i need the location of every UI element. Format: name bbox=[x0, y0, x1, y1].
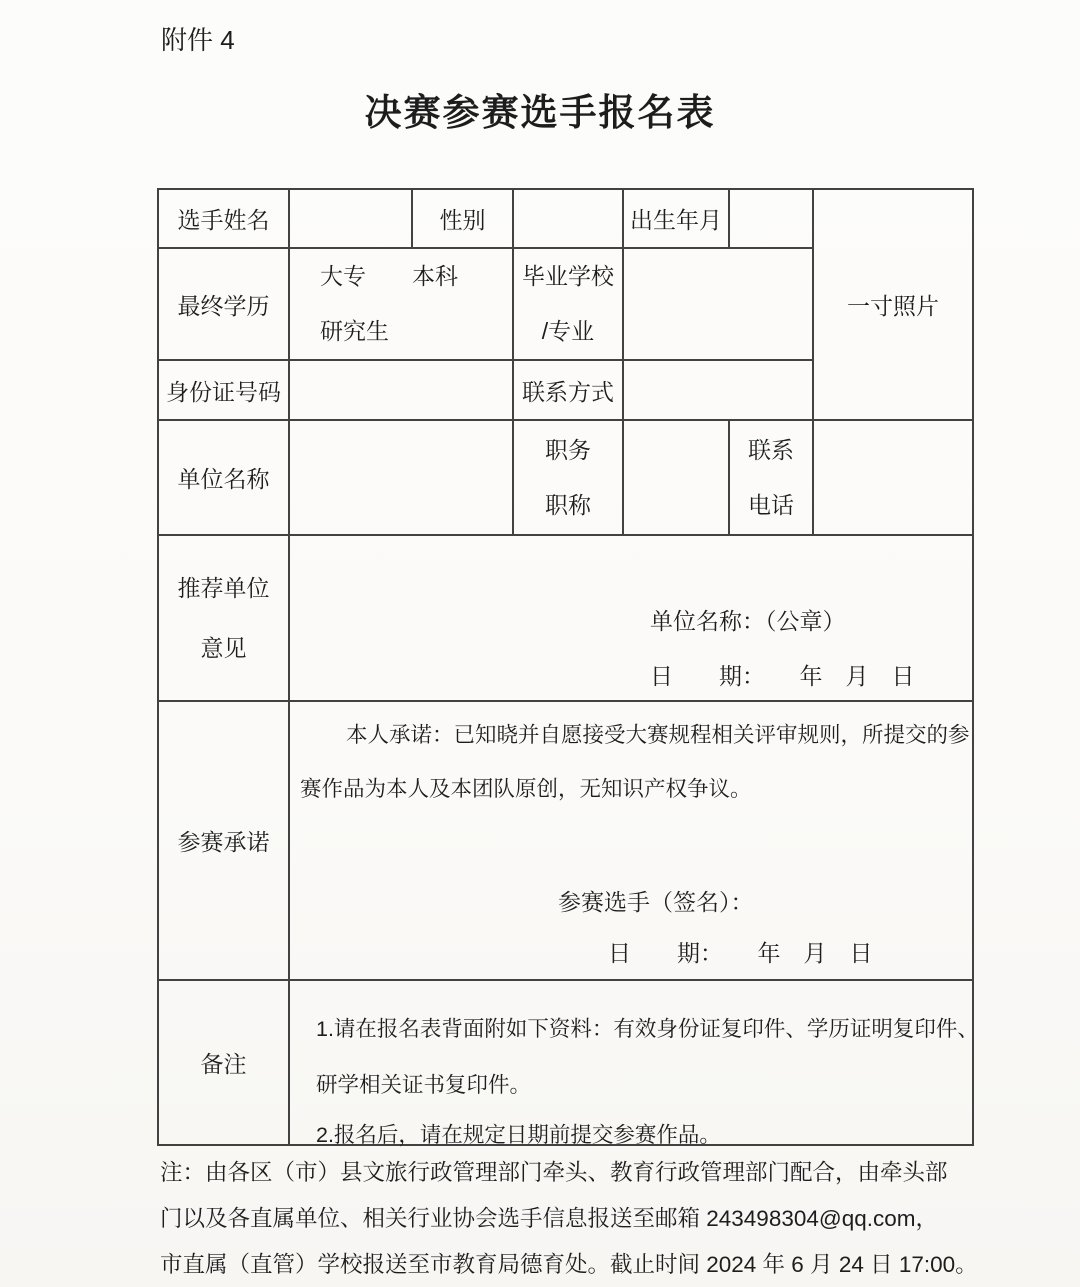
remark-line: 2.报名后，请在规定日期前提交参赛作品。 bbox=[316, 1118, 721, 1149]
school-major-field bbox=[623, 248, 813, 360]
education-label: 最终学历 bbox=[158, 248, 289, 360]
remark-line: 研学相关证书复印件。 bbox=[316, 1068, 531, 1099]
pledge-text-line: 本人承诺：已知晓并自愿接受大赛规程相关评审规则，所提交的参 bbox=[300, 718, 970, 749]
attachment-label: 附件 4 bbox=[161, 20, 235, 57]
recommending-unit-opinion-label: 推荐单位 意见 bbox=[158, 535, 289, 701]
footnote: 注：由各区（市）县文旅行政管理部门牵头、教育行政管理部门配合，由牵头部 门以及各… bbox=[160, 1150, 970, 1287]
school-major-label: 毕业学校 /专业 bbox=[513, 248, 623, 360]
table-row: 推荐单位 意见 单位名称：（公章） 日 期： 年 月 日 bbox=[158, 535, 973, 701]
footnote-line: 注：由各区（市）县文旅行政管理部门牵头、教育行政管理部门配合，由牵头部 bbox=[160, 1150, 970, 1196]
date-line: 日 期： 年 月 日 bbox=[650, 658, 915, 691]
id-number-field bbox=[289, 360, 513, 420]
table-row: 单位名称 职务 职称 联系 电话 bbox=[158, 420, 973, 535]
education-option-line: 研究生 bbox=[320, 304, 512, 359]
unit-name-label: 单位名称 bbox=[158, 420, 289, 535]
pledge-cell: 本人承诺：已知晓并自愿接受大赛规程相关评审规则，所提交的参 赛作品为本人及本团队… bbox=[289, 701, 973, 980]
registration-form-table: 选手姓名 性别 出生年月 一寸照片 最终学历 大专 本科 研究生 毕业学校 /专… bbox=[157, 188, 974, 1146]
unit-seal-line: 单位名称：（公章） bbox=[650, 603, 846, 636]
signature-line: 参赛选手（签名）： bbox=[558, 884, 754, 917]
pledge-text-line: 赛作品为本人及本团队原创，无知识产权争议。 bbox=[300, 772, 752, 803]
id-number-label: 身份证号码 bbox=[158, 360, 289, 420]
page-title: 决赛参赛选手报名表 bbox=[0, 82, 1080, 136]
table-row: 参赛承诺 本人承诺：已知晓并自愿接受大赛规程相关评审规则，所提交的参 赛作品为本… bbox=[158, 701, 973, 980]
gender-field bbox=[513, 189, 623, 248]
photo-cell: 一寸照片 bbox=[813, 189, 973, 420]
pledge-label: 参赛承诺 bbox=[158, 701, 289, 980]
birth-date-field bbox=[729, 189, 813, 248]
education-options-cell: 大专 本科 研究生 bbox=[289, 248, 513, 360]
table-row: 选手姓名 性别 出生年月 一寸照片 bbox=[158, 189, 973, 248]
table-row: 备注 1.请在报名表背面附如下资料：有效身份证复印件、学历证明复印件、 研学相关… bbox=[158, 980, 973, 1145]
contact-field bbox=[623, 360, 813, 420]
remarks-cell: 1.请在报名表背面附如下资料：有效身份证复印件、学历证明复印件、 研学相关证书复… bbox=[289, 980, 973, 1145]
phone-label: 联系 电话 bbox=[729, 420, 813, 535]
recommending-unit-opinion-cell: 单位名称：（公章） 日 期： 年 月 日 bbox=[289, 535, 973, 701]
contestant-name-field bbox=[289, 189, 412, 248]
education-option-line: 大专 本科 bbox=[320, 249, 512, 304]
birth-date-label: 出生年月 bbox=[623, 189, 729, 248]
position-title-field bbox=[623, 420, 729, 535]
contact-label: 联系方式 bbox=[513, 360, 623, 420]
footnote-line: 市直属（直管）学校报送至市教育局德育处。截止时间 2024 年 6 月 24 日… bbox=[160, 1242, 970, 1287]
position-title-label: 职务 职称 bbox=[513, 420, 623, 535]
gender-label: 性别 bbox=[412, 189, 513, 248]
remarks-label: 备注 bbox=[158, 980, 289, 1145]
unit-name-field bbox=[289, 420, 513, 535]
footnote-line: 门以及各直属单位、相关行业协会选手信息报送至邮箱 243498304@qq.co… bbox=[160, 1196, 970, 1242]
contestant-name-label: 选手姓名 bbox=[158, 189, 289, 248]
date-line: 日 期： 年 月 日 bbox=[608, 935, 873, 968]
phone-field bbox=[813, 420, 973, 535]
remark-line: 1.请在报名表背面附如下资料：有效身份证复印件、学历证明复印件、 bbox=[316, 1012, 979, 1043]
